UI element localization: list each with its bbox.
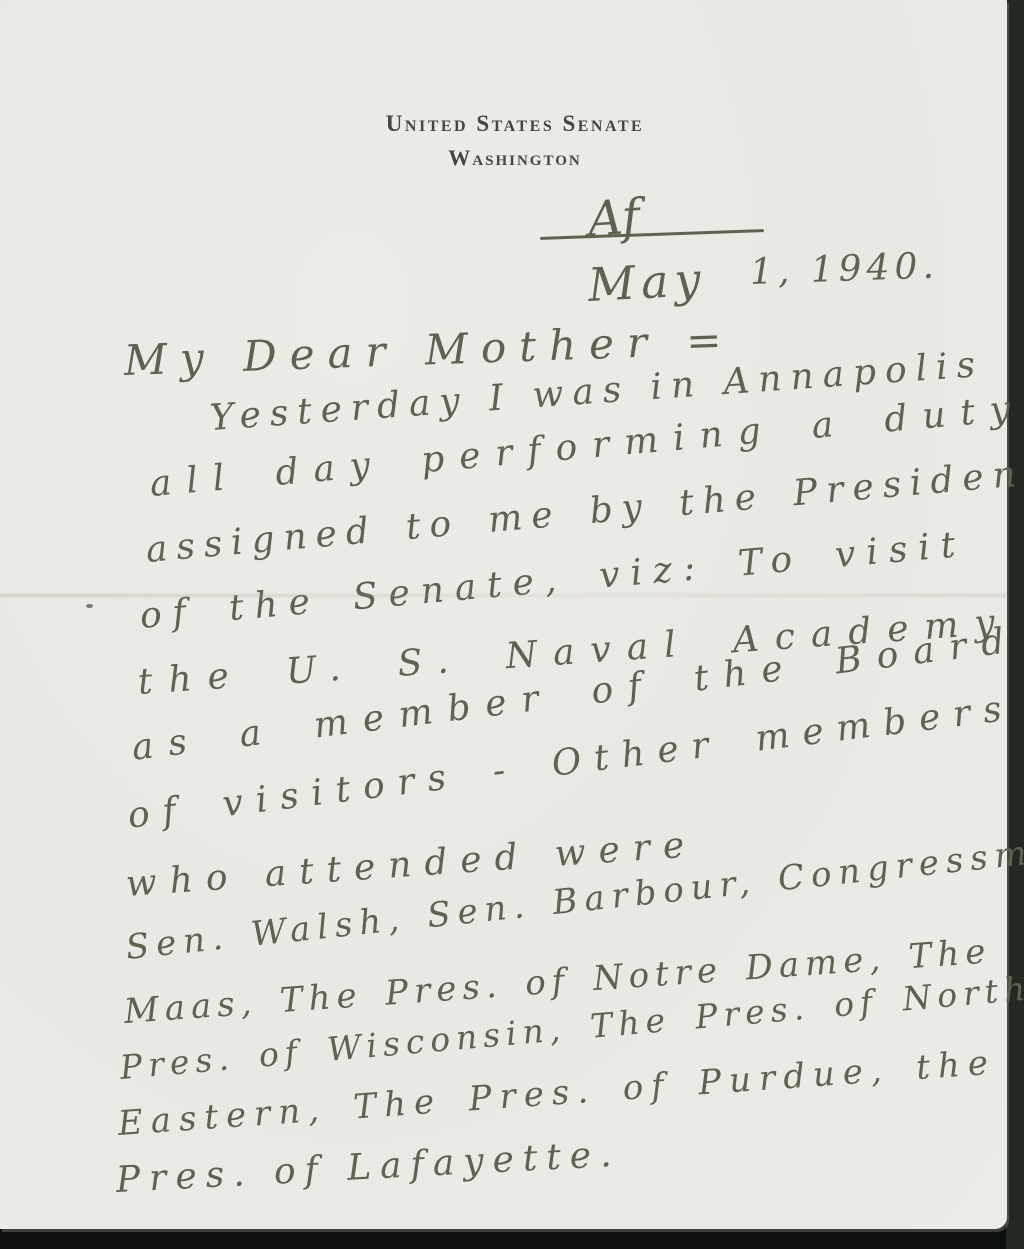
- date-day-year: 1, 1940.: [749, 245, 939, 293]
- struck-out-word: Af: [586, 188, 641, 247]
- letter-paper: United States Senate Washington Af May 1…: [0, 0, 1007, 1229]
- letterhead-line-1: United States Senate: [12, 111, 1018, 137]
- fold-crease: [0, 594, 1007, 597]
- letter-scan: United States Senate Washington Af May 1…: [0, 0, 1024, 1249]
- strikethrough-line: [540, 229, 764, 240]
- letterhead-line-2: Washington: [12, 145, 1018, 171]
- ink-speck: [86, 604, 93, 608]
- handwriting-line: Pres. of Lafayette.: [115, 1134, 621, 1201]
- date-month: May: [587, 252, 708, 312]
